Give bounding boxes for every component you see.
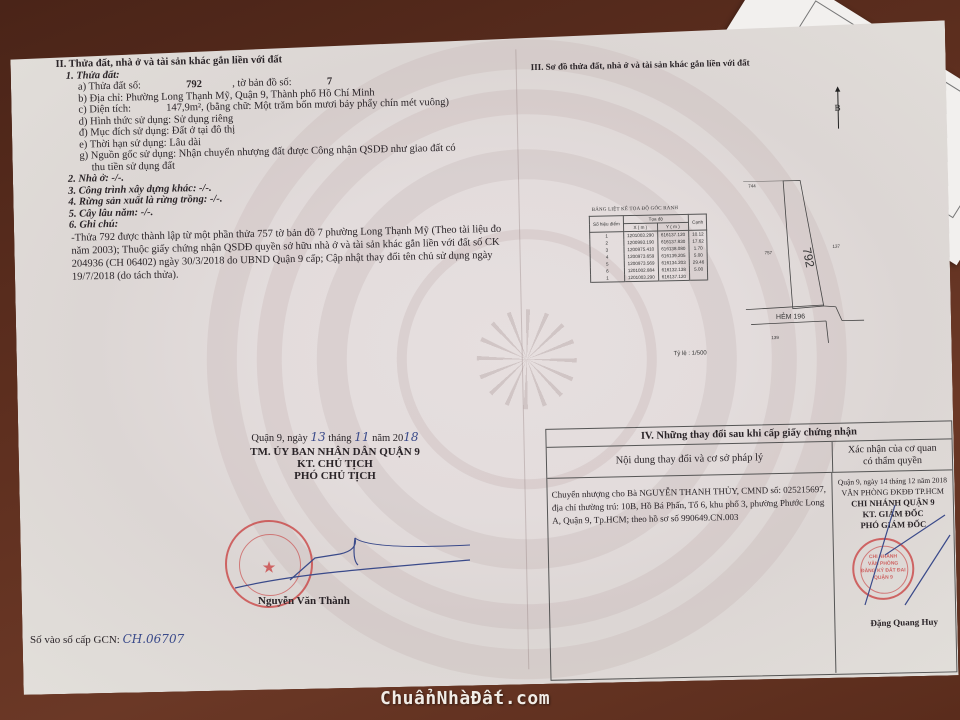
parcel-number: 792	[186, 79, 202, 90]
change-content: Chuyển nhượng cho Bà NGUYỄN THANH THỦY, …	[547, 473, 836, 679]
confirm-header-line2: có thẩm quyền	[833, 454, 952, 468]
signing-position2: PHÓ CHỦ TỊCH	[210, 470, 460, 482]
date-month: 11	[354, 430, 369, 444]
confirm-pos2: PHÓ GIÁM ĐỐC	[833, 518, 953, 532]
land-use-certificate: II. Thửa đất, nhà ở và tài sản khác gắn …	[10, 20, 959, 694]
coordinate-table: Số hiệu điểm Tọa độ Cạnh X ( m ) Y ( m )…	[589, 213, 709, 282]
map-scale: Tỷ lệ : 1/500	[674, 350, 707, 357]
north-label: B	[834, 103, 840, 113]
date-month-label: tháng	[328, 433, 351, 444]
parcel-label: a) Thửa đất số:	[78, 80, 141, 92]
confirm-col-header: Xác nhận của cơ quan có thẩm quyền	[833, 439, 953, 471]
seal-star-icon: ★	[227, 559, 311, 576]
area-label: c) Diện tích:	[78, 103, 131, 115]
svg-text:744: 744	[748, 183, 756, 188]
col-edge: Cạnh	[688, 214, 707, 230]
branch-seal: CHI NHÁNHVĂN PHÒNGĐĂNG KÝ ĐẤT ĐAIQUẬN 9	[852, 537, 915, 600]
section-land-info: II. Thửa đất, nhà ở và tài sản khác gắn …	[55, 50, 510, 284]
confirmation-block: Quận 9, ngày 14 tháng 12 năm 2018 VĂN PH…	[832, 470, 956, 672]
signing-date: Quận 9, ngày 13 tháng 11 năm 2018	[210, 430, 460, 444]
svg-text:HẺM 196: HẺM 196	[776, 311, 805, 321]
notes-text: -Thửa 792 được thành lập từ một phần thử…	[59, 222, 512, 283]
changes-table: IV. Những thay đổi sau khi cấp giấy chứn…	[545, 420, 957, 680]
col-point: Số hiệu điểm	[589, 216, 623, 233]
map-number: 7	[327, 76, 332, 87]
confirm-signer: Đặng Quang Huy	[870, 617, 938, 629]
date-day: 13	[310, 430, 325, 444]
map-parcel-label: 792	[800, 246, 818, 269]
site-watermark: ChuẩnNhàĐất.com	[380, 688, 550, 709]
date-prefix: Quận 9, ngày	[251, 433, 307, 444]
svg-text:139: 139	[771, 335, 779, 340]
chairman-name: Nguyễn Văn Thành	[258, 595, 350, 607]
registry-number: Số vào sổ cấp GCN: CH.06707	[30, 632, 184, 646]
registry-label: Số vào sổ cấp GCN:	[30, 634, 120, 646]
svg-text:137: 137	[832, 244, 840, 249]
signing-org: TM. ỦY BAN NHÂN DÂN QUẬN 9	[210, 446, 460, 458]
parcel-map: 792 744 757 137 139 HẺM 196	[743, 172, 867, 354]
svg-text:757: 757	[765, 250, 773, 255]
date-year: 18	[403, 430, 418, 444]
date-year-label: năm 20	[372, 433, 403, 444]
signing-position1: KT. CHỦ TỊCH	[210, 458, 460, 470]
map-label: , tờ bản đồ số:	[232, 77, 292, 89]
changes-col-header: Nội dung thay đổi và cơ sở pháp lý	[547, 442, 834, 478]
signing-block: Quận 9, ngày 13 tháng 11 năm 2018 TM. ỦY…	[210, 430, 460, 482]
registry-value: CH.06707	[123, 632, 185, 646]
